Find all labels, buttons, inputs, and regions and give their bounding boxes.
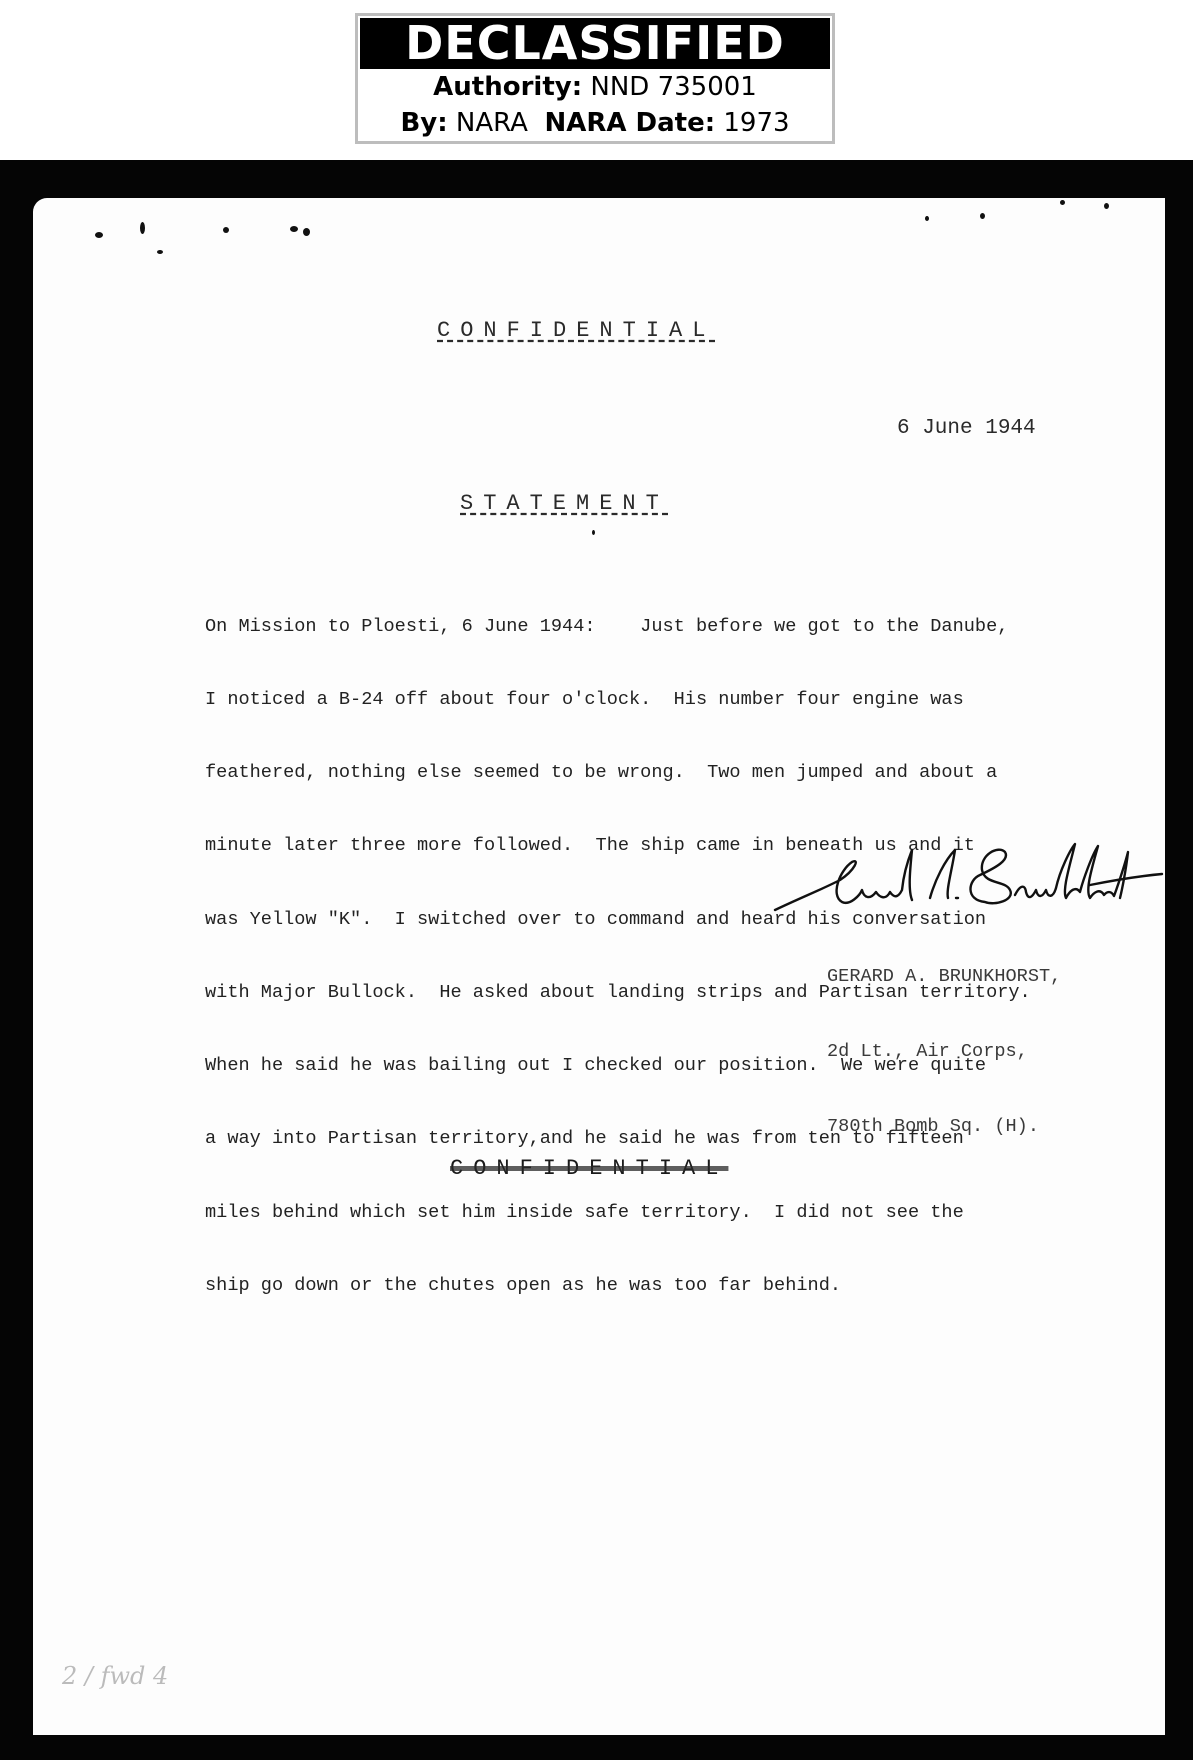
body-line: On Mission to Ploesti, 6 June 1944: Just… <box>205 615 1031 639</box>
classification-footer: CONFIDENTIAL <box>450 1156 728 1181</box>
scan-speck <box>290 226 298 232</box>
scan-speck <box>140 222 145 234</box>
pencil-annotation: 2 / fwd 4 <box>62 1662 168 1690</box>
handwritten-signature: Gerard A. Brunkhorst <box>770 840 1165 915</box>
scan-speck <box>303 228 310 236</box>
signer-name: GERARD A. BRUNKHORST, <box>827 964 1061 989</box>
by-label: By: <box>400 108 447 138</box>
body-line: miles behind which set him inside safe t… <box>205 1201 1031 1225</box>
signer-rank: 2d Lt., Air Corps, <box>827 1039 1061 1064</box>
stamp-authority: Authority: NND 735001 <box>358 69 832 105</box>
document-date: 6 June 1944 <box>897 417 1036 440</box>
authority-value: NND 735001 <box>590 72 756 102</box>
scan-speck <box>925 216 929 221</box>
stamp-title: DECLASSIFIED <box>360 18 830 69</box>
scan-speck <box>95 232 103 238</box>
scan-speck <box>1104 203 1109 209</box>
classification-header: CONFIDENTIAL <box>437 318 715 343</box>
scan-speck <box>223 227 229 233</box>
by-value: NARA <box>456 108 528 138</box>
document-title: STATEMENT <box>460 491 669 516</box>
body-line: I noticed a B-24 off about four o'clock.… <box>205 688 1031 712</box>
signature-block: GERARD A. BRUNKHORST, 2d Lt., Air Corps,… <box>827 914 1061 1164</box>
scan-speck <box>1060 200 1065 205</box>
body-line: ship go down or the chutes open as he wa… <box>205 1274 1031 1298</box>
scan-speck <box>592 530 595 535</box>
nara-date-label: NARA Date: <box>544 108 715 138</box>
scan-speck <box>157 250 163 254</box>
nara-date-value: 1973 <box>723 108 789 138</box>
stamp-by: By: NARA NARA Date: 1973 <box>358 105 832 141</box>
declassified-stamp: DECLASSIFIED Authority: NND 735001 By: N… <box>355 13 835 144</box>
body-line: feathered, nothing else seemed to be wro… <box>205 761 1031 785</box>
scan-speck <box>980 213 985 219</box>
authority-label: Authority: <box>433 72 582 102</box>
signer-unit: 780th Bomb Sq. (H). <box>827 1114 1061 1139</box>
